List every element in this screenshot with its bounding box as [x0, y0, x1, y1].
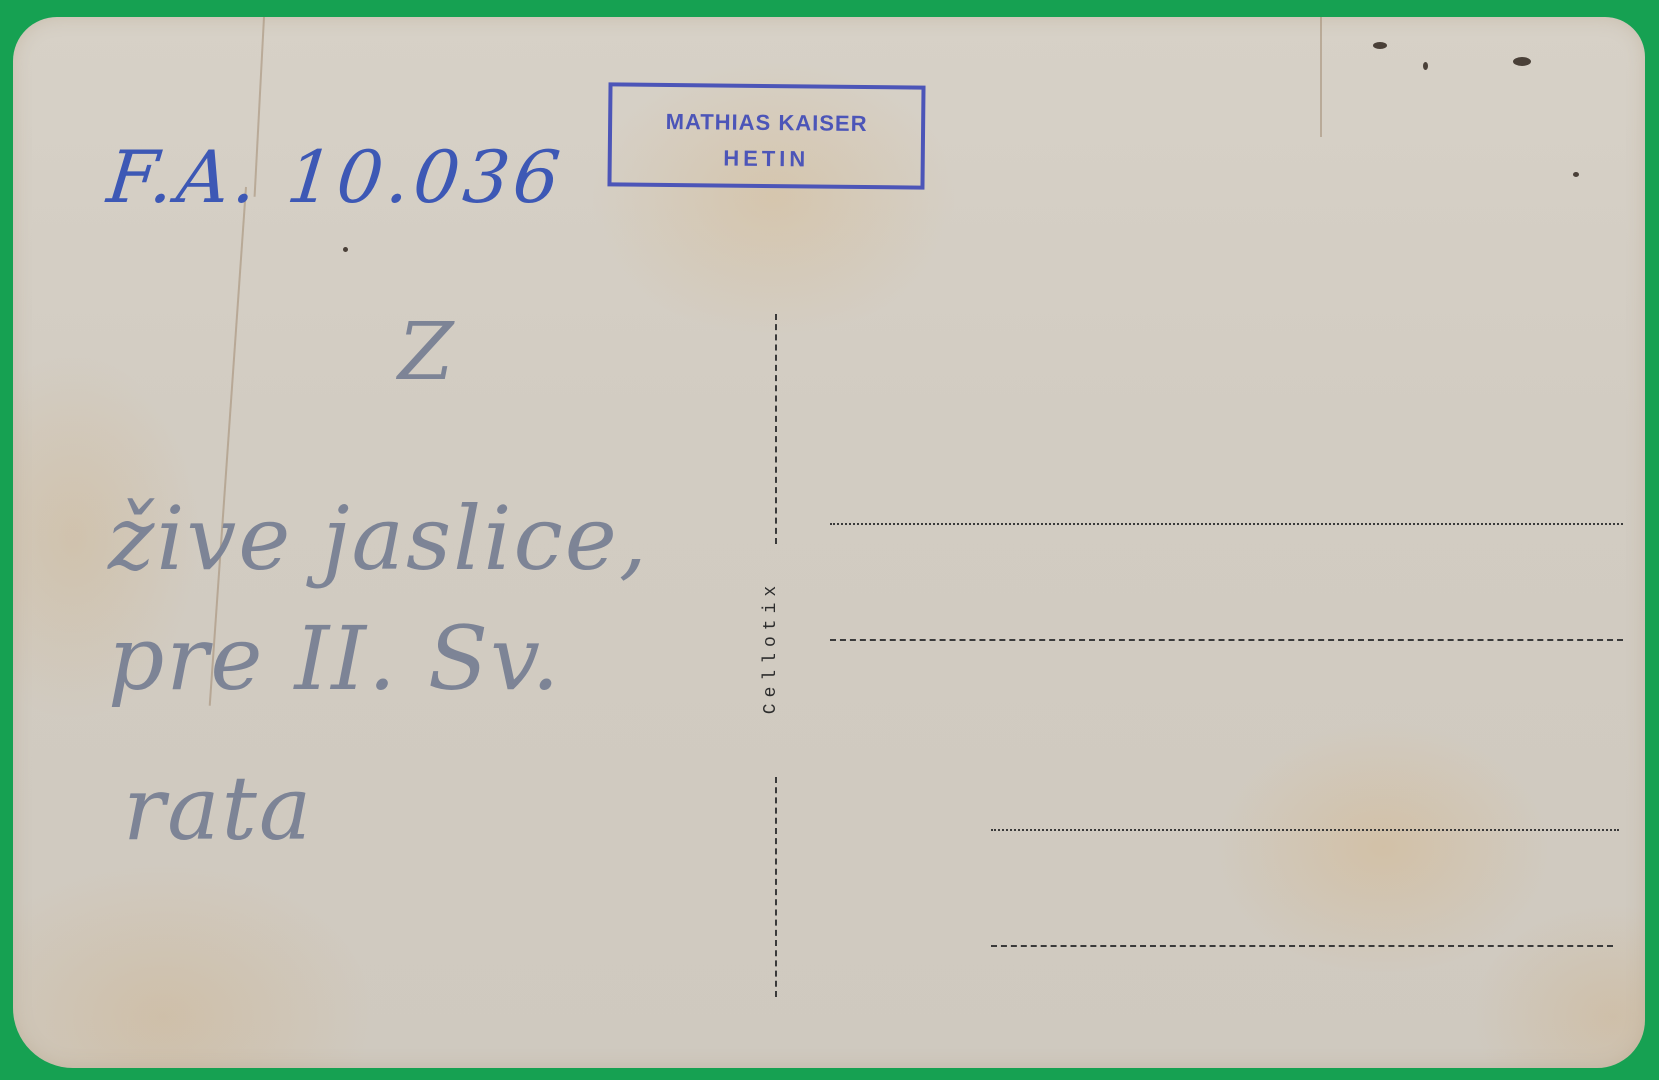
stamp-name: MATHIAS KAISER — [612, 108, 921, 137]
stain-speck — [1513, 57, 1531, 66]
center-divider — [775, 777, 777, 997]
address-line — [830, 639, 1623, 641]
pencil-note-line-3: rata — [123, 757, 313, 860]
stain-speck — [343, 247, 348, 252]
address-line — [991, 829, 1619, 831]
stain-speck — [1373, 42, 1387, 49]
archive-number: F.A. 10.036 — [104, 135, 568, 219]
address-line — [830, 523, 1623, 525]
stain-speck — [1423, 62, 1428, 70]
pencil-mark: Z — [398, 305, 454, 398]
stain-speck — [1573, 172, 1579, 177]
paper-crease — [1320, 17, 1322, 137]
rubber-stamp: MATHIAS KAISER HETIN — [607, 82, 925, 189]
stamp-place: HETIN — [612, 144, 921, 173]
pencil-note-line-2: pre II. Sv. — [108, 607, 561, 710]
publisher-imprint: Cellotix — [761, 580, 781, 714]
center-divider — [775, 314, 777, 544]
postcard: MATHIAS KAISER HETIN F.A. 10.036 Z žive … — [13, 17, 1645, 1068]
pencil-note-line-1: žive jaslice, — [108, 487, 649, 590]
address-line — [991, 945, 1613, 947]
